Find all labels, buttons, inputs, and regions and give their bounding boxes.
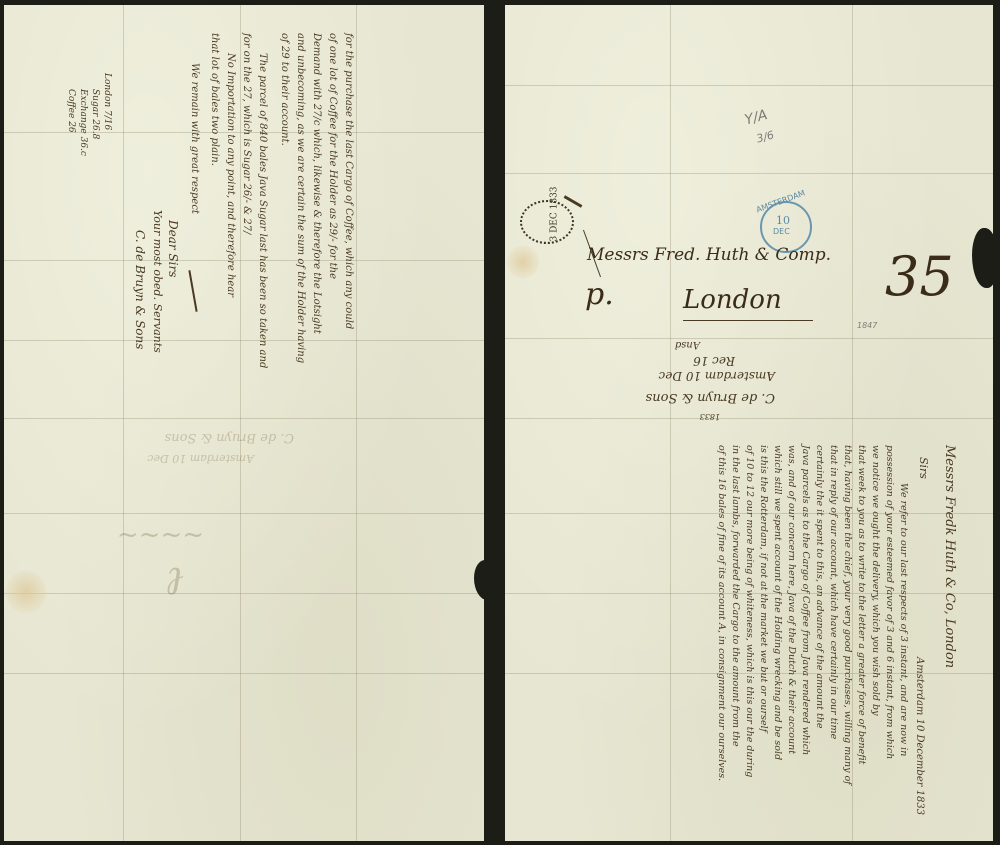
letter-line: Java parcels as to the Cargo of Coffee f… (800, 445, 811, 755)
letter-line: Demand with 27/c which, likewise & there… (311, 33, 322, 334)
signature: C. de Bruyn & Sons (133, 230, 147, 349)
margin-note: Sugar 26.8 (90, 89, 100, 139)
margin-note: Coffee 26 (66, 89, 76, 133)
fold-line (505, 85, 993, 86)
pencil-note: Y/A (743, 107, 769, 128)
bleedthrough-text: ~~~~ (117, 520, 204, 550)
letter-salutation: Sirs (917, 457, 930, 479)
letter-line: The parcel of 840 bales Java Sugar last … (257, 53, 268, 368)
address-city: London (683, 285, 782, 315)
closing-line: Your most obed. Servants (151, 210, 164, 353)
letter-line: of this 16 bales of fine of its account … (716, 445, 727, 781)
letter-line: was, and of our concern here, Java of th… (786, 445, 797, 754)
letter-line: that lot of bales two plain. (209, 33, 220, 166)
fold-line (4, 418, 484, 419)
letter-line: that week to you as to write to the lett… (856, 445, 867, 764)
fold-line (356, 5, 357, 841)
fold-line (670, 5, 671, 841)
letter-line: No Importation to any point, and therefo… (225, 53, 236, 297)
postage-rate: 35 (885, 245, 954, 308)
fold-line (4, 593, 484, 594)
letter-line: for on the 27, which is Sugar 26/- & 27/ (241, 33, 252, 234)
bleedthrough-text: ℓ (167, 558, 184, 605)
letter-line: that, having been the chief, your very g… (842, 445, 853, 785)
flourish (188, 270, 197, 312)
letter-line: and unbecoming, as we are certain the su… (295, 33, 306, 363)
letter-line: of 10 to 12 our more being of whiteness,… (744, 445, 755, 777)
bleedthrough-text: C. de Bruyn & Sons (165, 430, 294, 445)
letter-line: in the last lambs, forwarded the Cargo t… (730, 445, 741, 747)
paper-tear (474, 560, 498, 600)
letter-line: for the purchase the last Cargo of Coffe… (343, 33, 354, 329)
pencil-note: 3/6 (755, 128, 775, 145)
postmark-day: 10 (776, 214, 790, 227)
postmark-text: 3 DEC 1833 (550, 186, 560, 241)
seal-stain (507, 245, 539, 279)
underline (683, 320, 813, 321)
fold-line (123, 5, 124, 841)
archive-number: 1847 (857, 321, 877, 330)
docket-received: Rec 16 (693, 354, 735, 368)
fold-line (505, 173, 993, 174)
letter-line: We refer to our last respects of 3 insta… (898, 483, 909, 756)
fold-line (4, 260, 484, 261)
margin-note: London 7/16 (102, 73, 112, 130)
fold-line (4, 673, 484, 674)
docket-answered: Ansd (675, 339, 700, 350)
letter-line: We remain with great respect (189, 63, 200, 214)
bleedthrough-text: Amsterdam 10 Dec (147, 452, 254, 465)
dotted-postmark (520, 200, 574, 244)
fold-line (505, 418, 993, 419)
address-line: Messrs Fred. Huth & Comp. (587, 245, 831, 265)
wax-seal-stain (6, 570, 46, 614)
letter-line: which still we spent account of the Hold… (772, 445, 783, 760)
margin-note: Exchange 36.c (78, 89, 88, 156)
letter-line: of one lot of Coffee for the Holder as 2… (327, 33, 338, 279)
letter-line: is this the Rotterdam, if not at the mar… (758, 445, 769, 732)
letter-line: we notice we ought the delivery, which y… (870, 445, 881, 715)
letter-line: certainly the it spent to this, an advan… (814, 445, 825, 729)
fold-line (505, 338, 993, 339)
letter-line: that in reply of our account, which have… (828, 445, 839, 739)
fold-line (4, 513, 484, 514)
docket-sender: C. de Bruyn & Sons (646, 390, 775, 405)
letter-page-right: Y/A 3/6 3 DEC 1833 AMSTERDAM 10 DEC Mess… (505, 5, 993, 841)
letter-line: possession of your esteemed favor of 3 a… (884, 445, 895, 759)
paper-tear (972, 228, 998, 288)
closing-line: Dear Sirs (166, 220, 180, 277)
letter-page-left: for the purchase the last Cargo of Coffe… (4, 5, 484, 841)
letter-line: of 29 to their account. (279, 33, 290, 146)
letter-header: Messrs Fredk Huth & Co, London (942, 445, 957, 668)
docket-year: 1833 (700, 412, 720, 421)
docket-place-date: Amsterdam 10 Dec (659, 369, 775, 383)
letter-dateline: Amsterdam 10 December 1833 (914, 657, 925, 815)
fold-line (4, 340, 484, 341)
postmark-month: DEC (773, 227, 790, 236)
routing-mark: p. (585, 277, 614, 312)
